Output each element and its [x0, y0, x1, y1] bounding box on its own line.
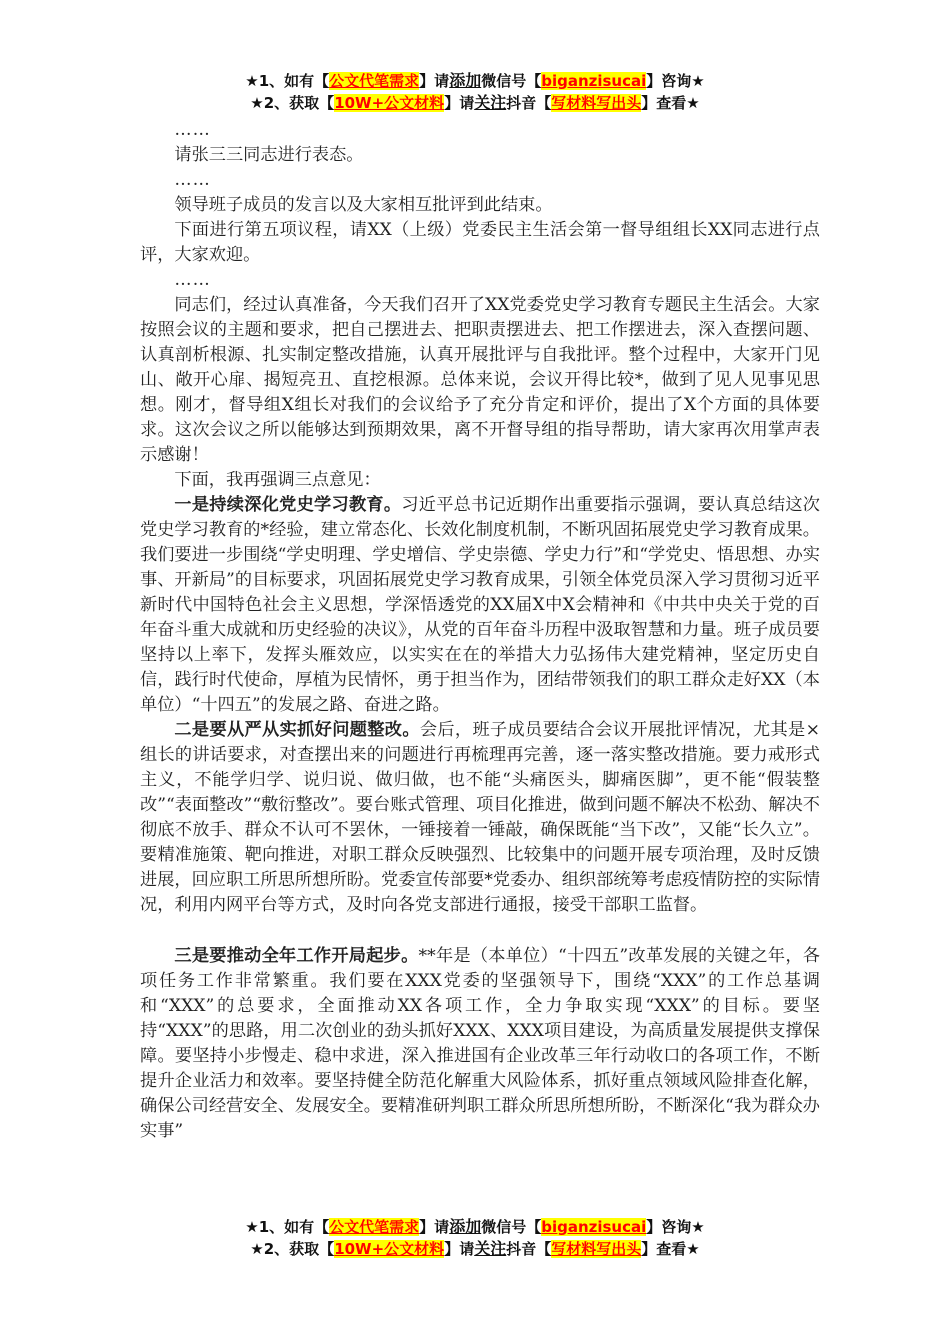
promo-line-2: ★2、获取【10W+公文材料】请关注抖音【写材料写出头】查看★: [0, 1238, 950, 1260]
ellipsis: ……: [140, 268, 820, 293]
promo-text: 微信号【: [481, 72, 541, 90]
point-body: **年是（本单位）“十四五”改革发展的关键之年，各项任务工作非常繁重。我们要在X…: [140, 946, 820, 1141]
paragraph-point-2: 二是要从严从实抓好问题整改。会后，班子成员要结合会议开展批评情况，尤其是×组长的…: [140, 718, 820, 918]
promo-line-1: ★1、如有【公文代笔需求】请添加微信号【biganzisucai】咨询★: [0, 1216, 950, 1238]
paragraph-point-3: 三是要推动全年工作开局起步。**年是（本单位）“十四五”改革发展的关键之年，各项…: [140, 944, 820, 1144]
promo-text: ★1、如有【: [245, 1218, 329, 1236]
promo-douyin-id: 写材料写出头: [551, 94, 641, 112]
promo-text: 】请: [444, 94, 474, 112]
promo-text: 微信号【: [481, 1218, 541, 1236]
promo-header: ★1、如有【公文代笔需求】请添加微信号【biganzisucai】咨询★ ★2、…: [0, 70, 950, 114]
promo-text: 】请: [444, 1240, 474, 1258]
promo-underline: 关注: [474, 93, 506, 112]
promo-underline: 关注: [474, 1239, 506, 1258]
promo-underline: 添加: [449, 71, 481, 90]
promo-highlight: 公文代笔需求: [329, 1218, 419, 1236]
promo-line-2: ★2、获取【10W+公文材料】请关注抖音【写材料写出头】查看★: [0, 92, 950, 114]
promo-text: 】查看★: [641, 1240, 699, 1258]
paragraph: 下面，我再强调三点意见：: [140, 468, 820, 493]
promo-line-1: ★1、如有【公文代笔需求】请添加微信号【biganzisucai】咨询★: [0, 70, 950, 92]
promo-wechat-id: biganzisucai: [541, 1218, 646, 1236]
document-body: …… 请张三三同志进行表态。 …… 领导班子成员的发言以及大家相互批评到此结束。…: [140, 118, 820, 1144]
promo-highlight: 公文代笔需求: [329, 72, 419, 90]
promo-text: 】请: [419, 1218, 449, 1236]
point-body: 习近平总书记近期作出重要指示强调，要认真总结这次党史学习教育的*经验，建立常态化…: [140, 495, 820, 715]
paragraph: 下面进行第五项议程，请XX（上级）党委民主生活会第一督导组组长XX同志进行点评，…: [140, 218, 820, 268]
promo-text: ★2、获取【: [250, 1240, 334, 1258]
point-heading: 一是持续深化党史学习教育。: [174, 495, 401, 515]
promo-underline: 添加: [449, 1217, 481, 1236]
promo-text: 抖音【: [506, 1240, 551, 1258]
point-heading: 三是要推动全年工作开局起步。: [174, 946, 418, 966]
promo-text: 】咨询★: [646, 72, 704, 90]
point-body: 会后，班子成员要结合会议开展批评情况，尤其是×组长的讲话要求，对查摆出来的问题进…: [140, 720, 820, 915]
promo-highlight: 10W+公文材料: [334, 94, 444, 112]
promo-text: 】咨询★: [646, 1218, 704, 1236]
promo-footer: ★1、如有【公文代笔需求】请添加微信号【biganzisucai】咨询★ ★2、…: [0, 1216, 950, 1260]
paragraph: 领导班子成员的发言以及大家相互批评到此结束。: [140, 193, 820, 218]
promo-text: ★1、如有【: [245, 72, 329, 90]
paragraph: 请张三三同志进行表态。: [140, 143, 820, 168]
promo-text: 抖音【: [506, 94, 551, 112]
promo-text: 】查看★: [641, 94, 699, 112]
promo-text: ★2、获取【: [250, 94, 334, 112]
point-heading: 二是要从严从实抓好问题整改。: [174, 720, 419, 740]
promo-highlight: 10W+公文材料: [334, 1240, 444, 1258]
paragraph: 同志们，经过认真准备，今天我们召开了XX党委党史学习教育专题民主生活会。大家按照…: [140, 293, 820, 468]
promo-wechat-id: biganzisucai: [541, 72, 646, 90]
paragraph-point-1: 一是持续深化党史学习教育。习近平总书记近期作出重要指示强调，要认真总结这次党史学…: [140, 493, 820, 718]
document-page: ★1、如有【公文代笔需求】请添加微信号【biganzisucai】咨询★ ★2、…: [0, 0, 950, 1344]
promo-text: 】请: [419, 72, 449, 90]
promo-douyin-id: 写材料写出头: [551, 1240, 641, 1258]
ellipsis: ……: [140, 168, 820, 193]
ellipsis: ……: [140, 118, 820, 143]
